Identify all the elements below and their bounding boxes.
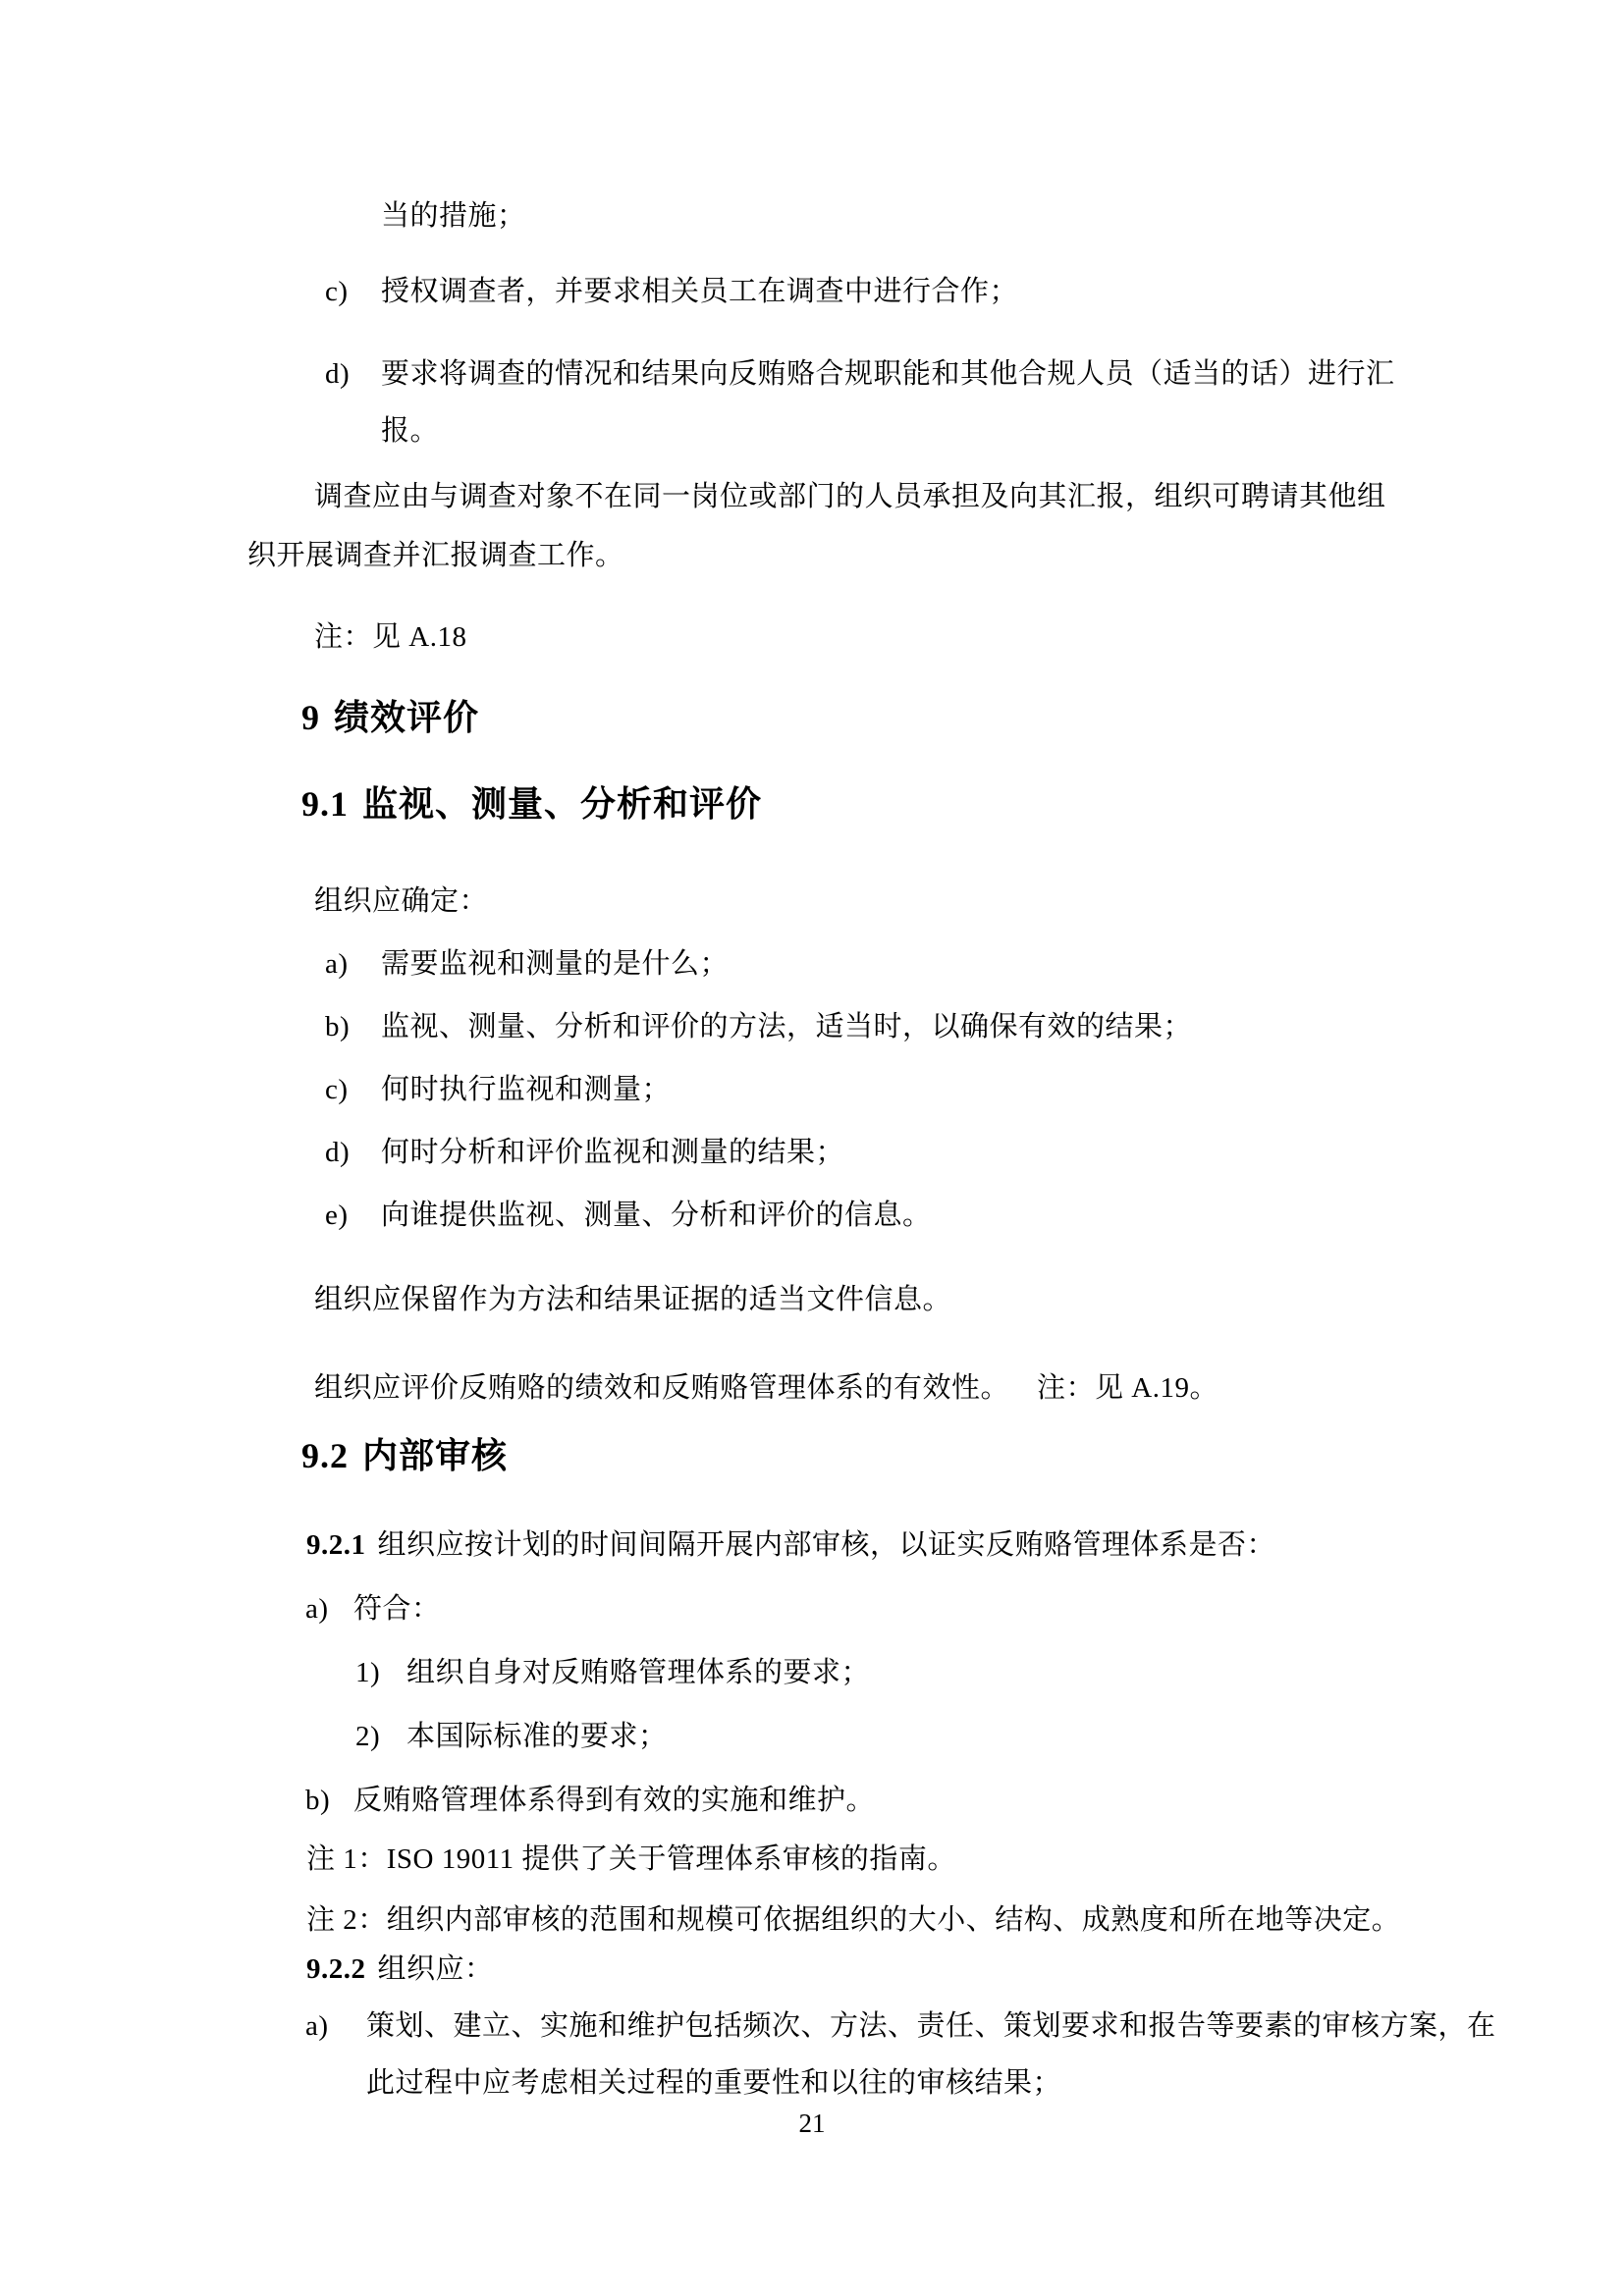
list-item-text: 授权调查者，并要求相关员工在调查中进行合作； bbox=[381, 276, 1018, 307]
clause-9-2-2: 9.2.2组织应： bbox=[306, 1953, 494, 1986]
item-b-continuation-text: 当的措施； bbox=[381, 200, 526, 232]
heading-9-1: 9.1监视、测量、分析和评价 bbox=[301, 783, 762, 825]
list-item-text: 要求将调查的情况和结果向反贿赂合规职能和其他合规人员（适当的话）进行汇 bbox=[381, 358, 1395, 390]
clause-9-2-1: 9.2.1组织应按计划的时间间隔开展内部审核，以证实反贿赂管理体系是否： bbox=[306, 1529, 1275, 1562]
list-item-text: 向谁提供监视、测量、分析和评价的信息。 bbox=[381, 1200, 932, 1231]
heading-title: 绩效评价 bbox=[334, 697, 479, 737]
paragraph-text: 组织应评价反贿赂的绩效和反贿赂管理体系的有效性。 bbox=[314, 1372, 1009, 1404]
list-marker: b) bbox=[325, 1011, 381, 1043]
list-item-c: c)授权调查者，并要求相关员工在调查中进行合作； bbox=[325, 276, 1018, 308]
paragraph-determine: 组织应确定： bbox=[314, 885, 488, 918]
list-item-b: b)监视、测量、分析和评价的方法，适当时，以确保有效的结果； bbox=[325, 1011, 1192, 1043]
heading-number: 9.1 bbox=[301, 784, 349, 824]
list-item-c2: c)何时执行监视和测量； bbox=[325, 1074, 671, 1106]
list-item-text: 组织自身对反贿赂管理体系的要求； bbox=[406, 1657, 870, 1688]
note-text: 注 1：ISO 19011 提供了关于管理体系审核的指南。 bbox=[306, 1843, 956, 1875]
clause-text: 组织应： bbox=[378, 1953, 494, 1985]
list-item-921-b: b)反贿赂管理体系得到有效的实施和维护。 bbox=[305, 1785, 875, 1817]
list-item-text: 符合： bbox=[353, 1593, 441, 1625]
list-item-text: 需要监视和测量的是什么； bbox=[381, 948, 729, 980]
heading-9-2: 9.2内部审核 bbox=[301, 1435, 508, 1476]
list-marker: d) bbox=[325, 358, 381, 391]
note-text: 注 2：组织内部审核的范围和规模可依据组织的大小、结构、成熟度和所在地等决定。 bbox=[306, 1904, 1400, 1936]
note-1: 注 1：ISO 19011 提供了关于管理体系审核的指南。 bbox=[306, 1843, 956, 1876]
paragraph-investigation-line2: 织开展调查并汇报调查工作。 bbox=[247, 540, 624, 572]
list-item-text: 反贿赂管理体系得到有效的实施和维护。 bbox=[353, 1785, 875, 1816]
list-item-921-a: a)符合： bbox=[305, 1593, 441, 1626]
list-marker: a) bbox=[325, 948, 381, 981]
heading-number: 9 bbox=[301, 698, 320, 737]
list-item-text: 策划、建立、实施和维护包括频次、方法、责任、策划要求和报告等要素的审核方案，在 bbox=[366, 2010, 1496, 2042]
paragraph-text: 组织应确定： bbox=[314, 885, 488, 917]
list-item-text: 本国际标准的要求； bbox=[406, 1721, 668, 1752]
list-item-922-a-line2: 此过程中应考虑相关过程的重要性和以往的审核结果； bbox=[366, 2067, 1061, 2100]
list-item-d-line2: 报。 bbox=[381, 415, 439, 448]
list-item-d2: d)何时分析和评价监视和测量的结果； bbox=[325, 1137, 844, 1169]
paragraph-evaluate: 组织应评价反贿赂的绩效和反贿赂管理体系的有效性。注：见 A.19。 bbox=[314, 1372, 1218, 1405]
note-a18: 注：见 A.18 bbox=[314, 621, 466, 654]
list-item-text: 报。 bbox=[381, 415, 439, 447]
list-item-e: e)向谁提供监视、测量、分析和评价的信息。 bbox=[325, 1200, 932, 1232]
list-marker: 2) bbox=[355, 1721, 406, 1753]
list-marker: 1) bbox=[355, 1657, 406, 1689]
sublist-item-1: 1)组织自身对反贿赂管理体系的要求； bbox=[355, 1657, 870, 1689]
page-number: 21 bbox=[0, 2109, 1624, 2139]
paragraph-investigation-line1: 调查应由与调查对象不在同一岗位或部门的人员承担及向其汇报，组织可聘请其他组 bbox=[314, 481, 1386, 513]
list-marker: b) bbox=[305, 1785, 353, 1817]
note-text: 注：见 A.18 bbox=[314, 621, 466, 653]
clause-text: 组织应按计划的时间间隔开展内部审核，以证实反贿赂管理体系是否： bbox=[378, 1529, 1276, 1561]
list-marker: e) bbox=[325, 1200, 381, 1232]
note-a19: 注：见 A.19。 bbox=[1037, 1372, 1218, 1404]
heading-9: 9绩效评价 bbox=[301, 697, 479, 738]
heading-title: 内部审核 bbox=[362, 1435, 508, 1475]
heading-title: 监视、测量、分析和评价 bbox=[362, 783, 762, 824]
list-item-text: 何时分析和评价监视和测量的结果； bbox=[381, 1137, 844, 1168]
list-marker: d) bbox=[325, 1137, 381, 1169]
note-2: 注 2：组织内部审核的范围和规模可依据组织的大小、结构、成熟度和所在地等决定。 bbox=[306, 1904, 1400, 1937]
list-marker: a) bbox=[305, 1593, 353, 1626]
list-item-a: a)需要监视和测量的是什么； bbox=[325, 948, 729, 981]
list-marker: c) bbox=[325, 1074, 381, 1106]
list-marker: c) bbox=[325, 276, 381, 308]
list-item-d-line1: d)要求将调查的情况和结果向反贿赂合规职能和其他合规人员（适当的话）进行汇 bbox=[325, 358, 1395, 391]
paragraph-retain: 组织应保留作为方法和结果证据的适当文件信息。 bbox=[314, 1284, 951, 1316]
sublist-item-2: 2)本国际标准的要求； bbox=[355, 1721, 668, 1753]
list-item-text: 何时执行监视和测量； bbox=[381, 1074, 671, 1105]
paragraph-text: 织开展调查并汇报调查工作。 bbox=[247, 540, 624, 571]
list-marker: a) bbox=[305, 2010, 366, 2043]
item-b-continuation: 当的措施； bbox=[381, 200, 526, 233]
list-item-922-a-line1: a)策划、建立、实施和维护包括频次、方法、责任、策划要求和报告等要素的审核方案，… bbox=[305, 2010, 1496, 2043]
clause-number: 9.2.1 bbox=[306, 1529, 366, 1561]
document-page: 当的措施； c)授权调查者，并要求相关员工在调查中进行合作； d)要求将调查的情… bbox=[0, 0, 1624, 2296]
paragraph-text: 组织应保留作为方法和结果证据的适当文件信息。 bbox=[314, 1284, 951, 1315]
list-item-text: 监视、测量、分析和评价的方法，适当时，以确保有效的结果； bbox=[381, 1011, 1192, 1042]
heading-number: 9.2 bbox=[301, 1436, 349, 1475]
paragraph-text: 调查应由与调查对象不在同一岗位或部门的人员承担及向其汇报，组织可聘请其他组 bbox=[314, 481, 1386, 512]
clause-number: 9.2.2 bbox=[306, 1953, 366, 1985]
list-item-text: 此过程中应考虑相关过程的重要性和以往的审核结果； bbox=[366, 2067, 1061, 2099]
